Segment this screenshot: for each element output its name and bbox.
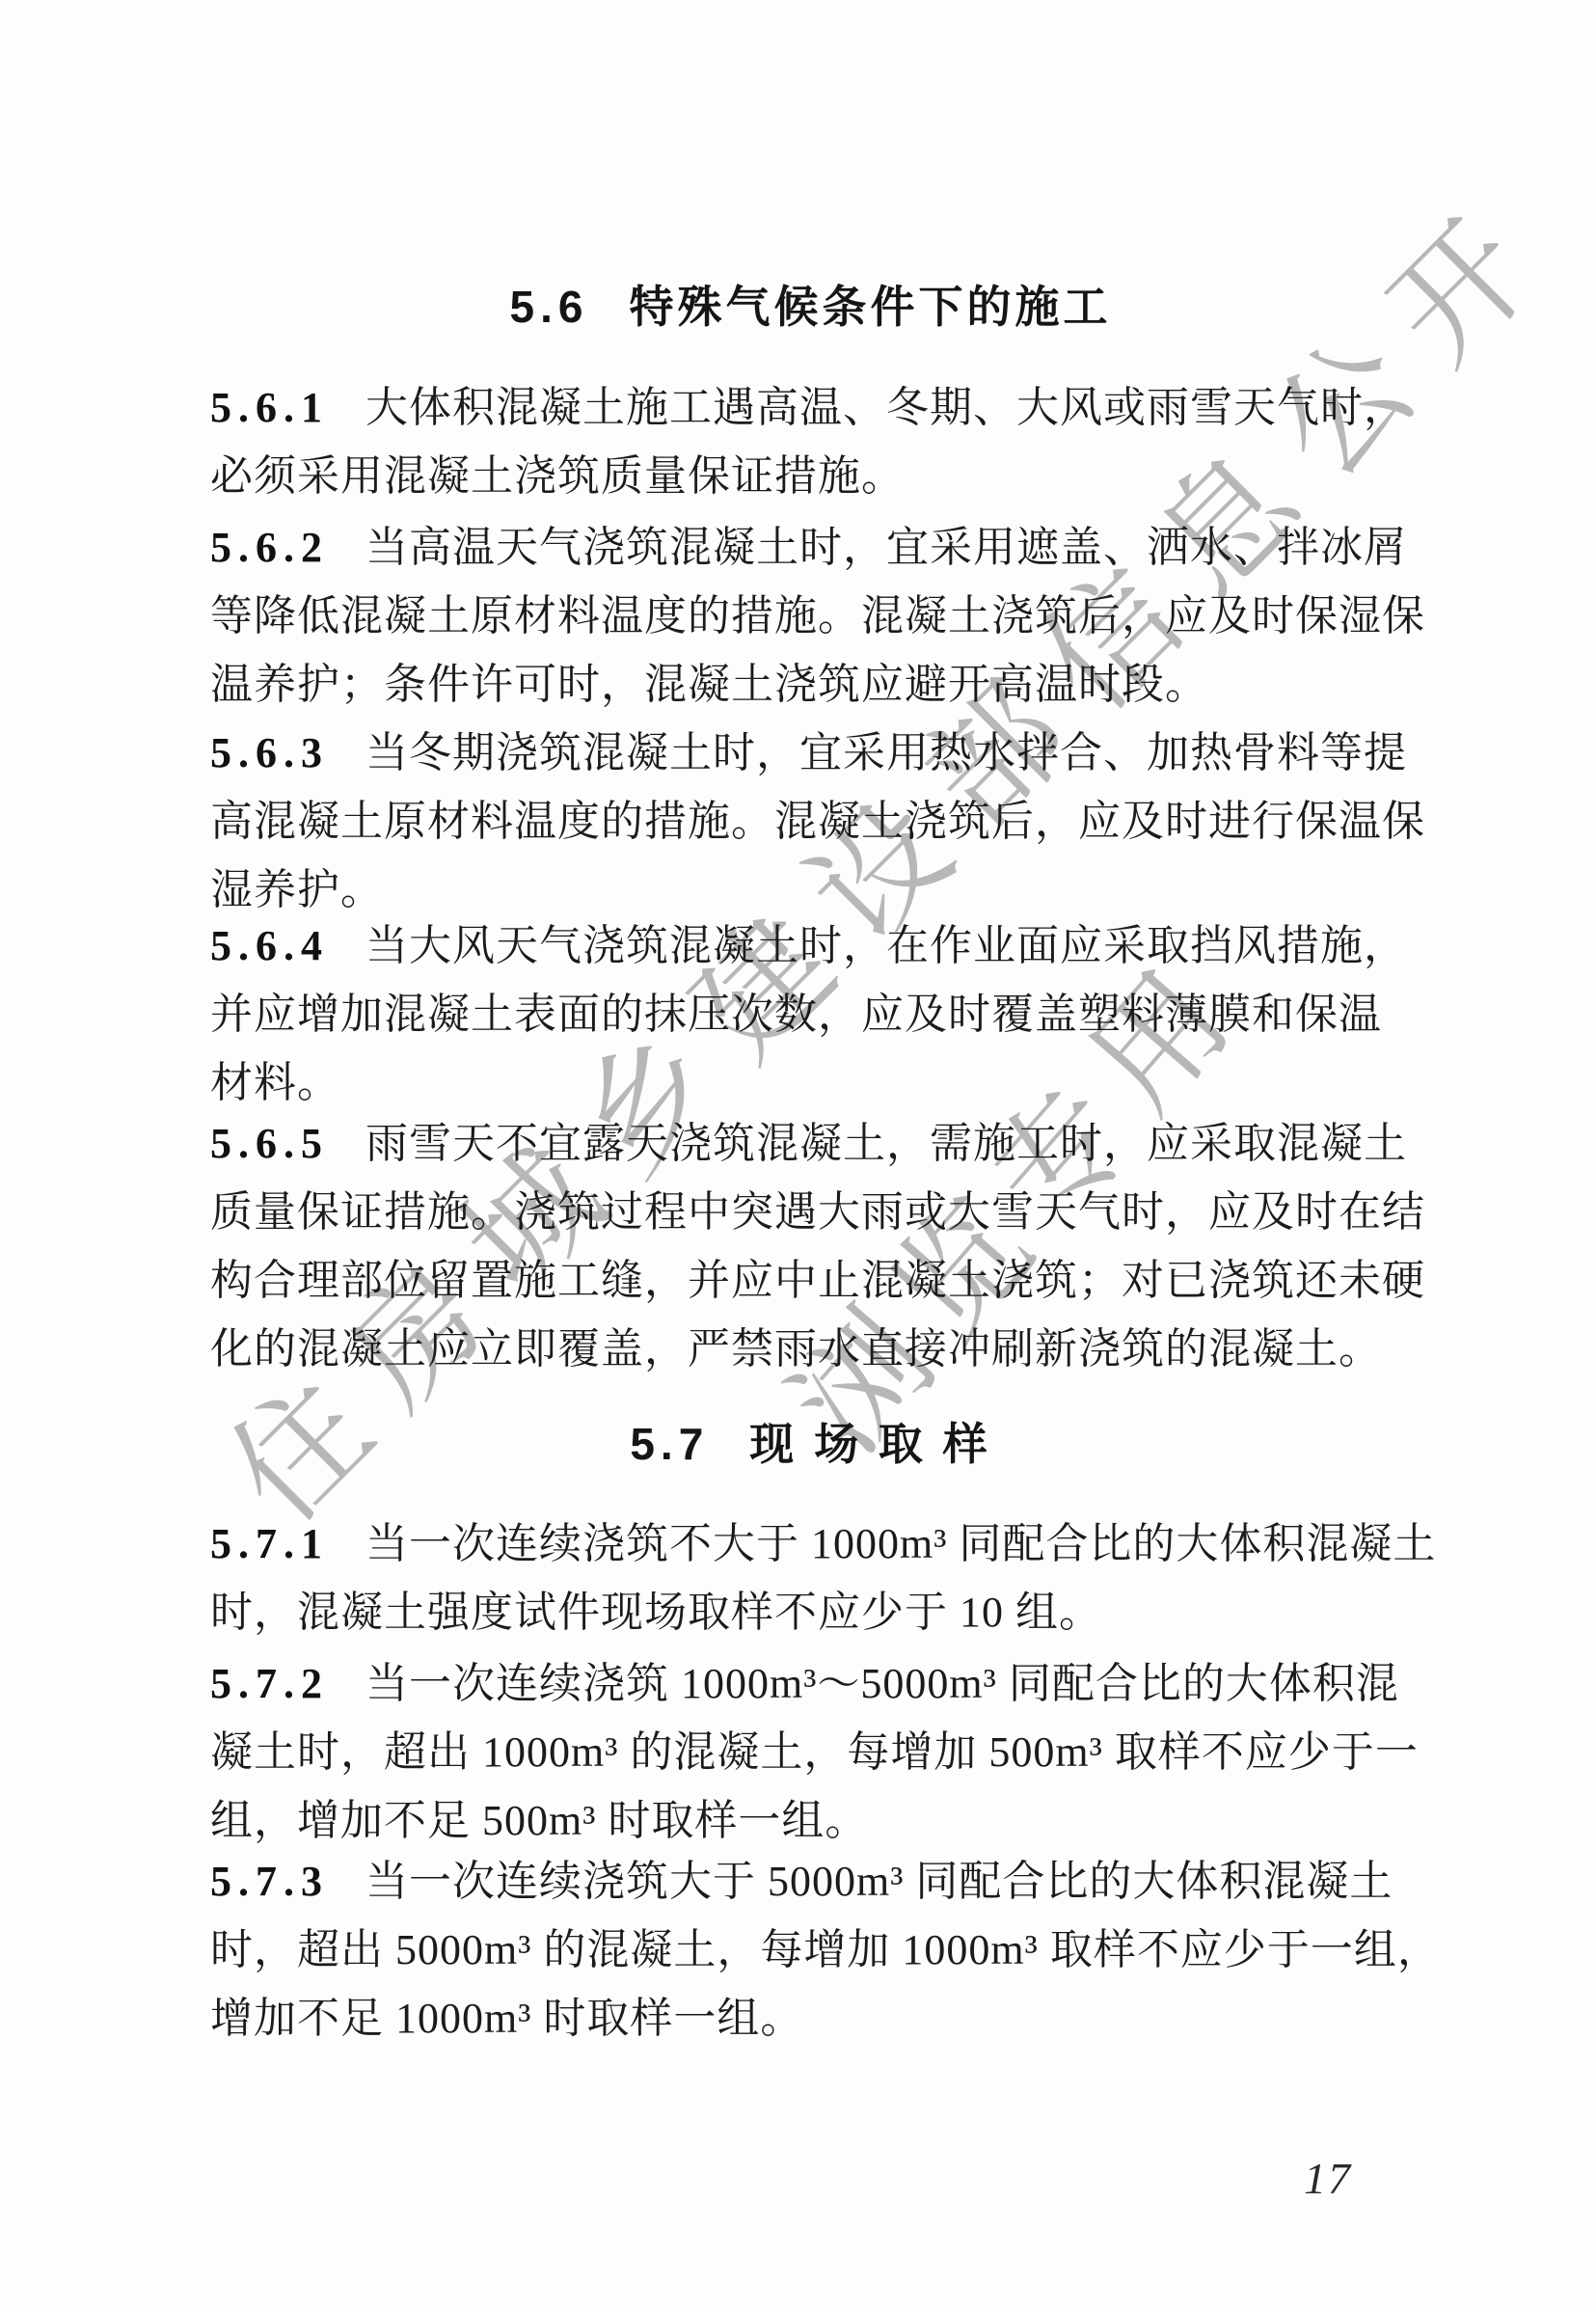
section-heading-5-7: 5.7现 场 取 样 bbox=[210, 1410, 1411, 1479]
clause-5-7-3: 5.7.3当一次连续浇筑大于 5000m³ 同配合比的大体积混凝土 时，超出 5… bbox=[210, 1847, 1445, 2053]
clause-number: 5.6.2 bbox=[210, 524, 329, 571]
clause-number: 5.6.3 bbox=[210, 729, 329, 776]
clause-5-6-5: 5.6.5雨雪天不宜露天浇筑混凝土，需施工时，应采取混凝土 质量保证措施。浇筑过… bbox=[210, 1109, 1445, 1383]
clause-number: 5.6.4 bbox=[210, 922, 329, 969]
clause-5-6-4: 5.6.4当大风天气浇筑混凝土时，在作业面应采取挡风措施， 并应增加混凝土表面的… bbox=[210, 911, 1445, 1117]
document-page: 住房城乡建设部信息公开 浏览专用 5.6特殊气候条件下的施工 5.6.1大体积混… bbox=[0, 0, 1596, 2311]
clause-5-6-1: 5.6.1大体积混凝土施工遇高温、冬期、大风或雨雪天气时， 必须采用混凝土浇筑质… bbox=[210, 373, 1445, 510]
clause-5-6-3: 5.6.3当冬期浇筑混凝土时，宜采用热水拌合、加热骨料等提 高混凝土原材料温度的… bbox=[210, 719, 1445, 924]
clause-number: 5.7.3 bbox=[210, 1858, 329, 1905]
clause-text: 大体积混凝土施工遇高温、冬期、大风或雨雪天气时， 必须采用混凝土浇筑质量保证措施… bbox=[210, 384, 1407, 500]
content-layer: 5.6特殊气候条件下的施工 5.6.1大体积混凝土施工遇高温、冬期、大风或雨雪天… bbox=[0, 0, 1596, 2311]
clause-text: 当一次连续浇筑大于 5000m³ 同配合比的大体积混凝土 时，超出 5000m³… bbox=[210, 1858, 1441, 2042]
section-label: 5.7 bbox=[630, 1419, 709, 1469]
section-label: 5.6 bbox=[510, 282, 589, 332]
clause-5-6-2: 5.6.2当高温天气浇筑混凝土时，宜采用遮盖、洒水、拌冰屑 等降低混凝土原材料温… bbox=[210, 513, 1445, 719]
clause-number: 5.6.1 bbox=[210, 384, 329, 431]
clause-text: 当冬期浇筑混凝土时，宜采用热水拌合、加热骨料等提 高混凝土原材料温度的措施。混凝… bbox=[210, 729, 1425, 913]
section-heading-5-6: 5.6特殊气候条件下的施工 bbox=[210, 273, 1411, 341]
clause-text: 当大风天气浇筑混凝土时，在作业面应采取挡风措施， 并应增加混凝土表面的抹压次数，… bbox=[210, 922, 1407, 1106]
clause-number: 5.7.1 bbox=[210, 1520, 329, 1567]
clause-number: 5.7.2 bbox=[210, 1660, 329, 1707]
clause-text: 当一次连续浇筑不大于 1000m³ 同配合比的大体积混凝土 时，混凝土强度试件现… bbox=[210, 1520, 1436, 1636]
clause-text: 雨雪天不宜露天浇筑混凝土，需施工时，应采取混凝土 质量保证措施。浇筑过程中突遇大… bbox=[210, 1120, 1425, 1373]
clause-5-7-1: 5.7.1当一次连续浇筑不大于 1000m³ 同配合比的大体积混凝土 时，混凝土… bbox=[210, 1509, 1445, 1646]
clause-text: 当高温天气浇筑混凝土时，宜采用遮盖、洒水、拌冰屑 等降低混凝土原材料温度的措施。… bbox=[210, 524, 1425, 708]
section-title: 特殊气候条件下的施工 bbox=[629, 282, 1111, 332]
section-title: 现 场 取 样 bbox=[749, 1419, 990, 1469]
clause-5-7-2: 5.7.2当一次连续浇筑 1000m³～5000m³ 同配合比的大体积混 凝土时… bbox=[210, 1649, 1445, 1855]
page-number: 17 bbox=[1304, 2153, 1352, 2204]
clause-number: 5.6.5 bbox=[210, 1120, 329, 1167]
clause-text: 当一次连续浇筑 1000m³～5000m³ 同配合比的大体积混 凝土时，超出 1… bbox=[210, 1660, 1419, 1844]
